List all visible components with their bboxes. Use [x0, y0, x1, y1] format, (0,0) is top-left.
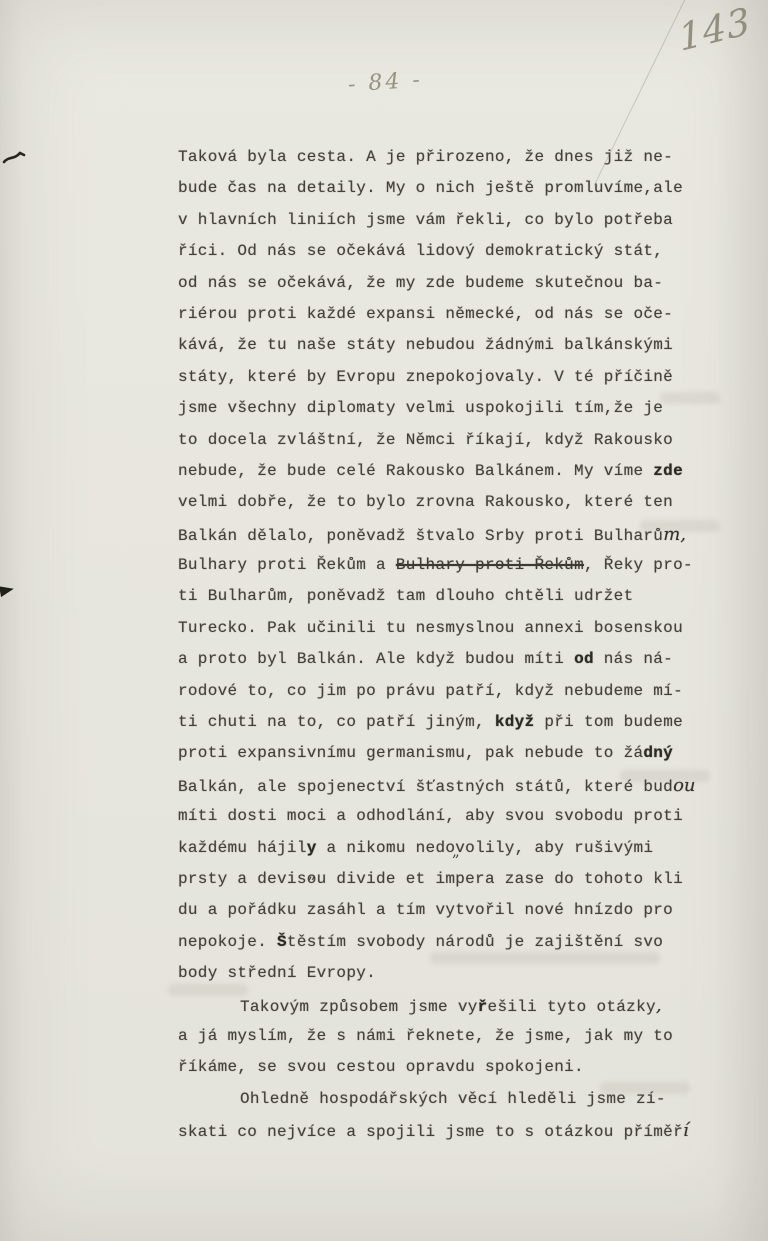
overtyped-text: zde — [653, 462, 683, 480]
text-segment: od nás se očekává, že my zde budeme skut… — [178, 274, 663, 292]
handwritten-correction: ou — [673, 775, 695, 796]
text-segment: těstím svobody národů je zajištění svo — [287, 933, 663, 951]
text-line: proti expansivnímu germanismu, pak nebud… — [178, 738, 690, 769]
text-segment: a já myslím, že s námi řeknete, že jsme,… — [178, 1027, 673, 1045]
text-segment: ti chuti na to, co patří jiným, — [178, 713, 495, 731]
text-line: bude čas na detaily. My o nich ještě pro… — [178, 173, 690, 204]
text-line: Taková byla cesta. A je přirozeno, že dn… — [178, 142, 690, 173]
text-line: Takovým způsobem jsme vyřešili tyto otáz… — [178, 990, 690, 1021]
text-segment: ešili tyto otázky — [488, 998, 656, 1016]
text-segment: velmi dobře, že to bylo zrovna Rakousko,… — [178, 493, 673, 511]
text-segment: Taková byla cesta. A je přirozeno, že dn… — [178, 148, 673, 166]
text-segment: nás ná- — [594, 650, 673, 668]
text-line: jsme všechny diplomaty velmi uspokojili … — [178, 393, 690, 424]
text-line: Balkán, ale spojenectví šťastných států,… — [178, 770, 690, 801]
text-segment: Turecko. Pak učinili tu nesmyslnou annex… — [178, 619, 683, 637]
text-line: ti Bulharům, poněvadž tam dlouho chtěli … — [178, 581, 690, 612]
overtyped-text: y — [307, 839, 317, 857]
text-segment: riérou proti každé expansi německé, od n… — [178, 305, 673, 323]
text-line: du a pořádku zasáhl a tím vytvořil nové … — [178, 895, 690, 926]
ink-squiggle-mark — [2, 148, 28, 166]
typed-text-block: Taková byla cesta. A je přirozeno, že dn… — [178, 142, 690, 1147]
text-segment: Takovým způsobem jsme vy — [240, 998, 478, 1016]
text-segment: nepokoje. — [178, 933, 277, 951]
text-line: Balkán dělalo, poněvadž štvalo Srby prot… — [178, 519, 690, 550]
text-segment: státy, které by Evropu znepokojovaly. V … — [178, 368, 673, 386]
text-line: to docela zvláštní, že Němci říkají, kdy… — [178, 425, 690, 456]
text-line: prsty a devisou divide et impera zase do… — [178, 864, 690, 895]
text-segment: a nikomu nedovolily, aby rušivými — [317, 839, 654, 857]
overtyped-text: ř — [478, 998, 488, 1016]
text-line: každému hájily a nikomu nedovolily, aby … — [178, 833, 690, 864]
text-segment: při tom budeme — [534, 713, 683, 731]
text-line: ti chuti na to, co patří jiným, když při… — [178, 707, 690, 738]
handwritten-correction: í — [683, 1120, 689, 1141]
text-line: nebude, že bude celé Rakousko Balkánem. … — [178, 456, 690, 487]
text-segment: ti Bulharům, poněvadž tam dlouho chtěli … — [178, 587, 633, 605]
text-line: Ohledně hospodářských věcí hleděli jsme … — [178, 1084, 690, 1115]
text-segment: jsme všechny diplomaty velmi uspokojili … — [178, 399, 663, 417]
text-segment: Balkán dělalo, poněvadž štvalo Srby prot… — [178, 527, 663, 545]
text-line: kává, že tu naše státy nebudou žádnými b… — [178, 330, 690, 361]
text-line: riérou proti každé expansi německé, od n… — [178, 299, 690, 330]
text-segment: skati co nejvíce a spojili jsme to s otá… — [178, 1123, 683, 1141]
text-line: a proto byl Balkán. Ale když budou míti … — [178, 644, 690, 675]
text-line: skati co nejvíce a spojili jsme to s otá… — [178, 1115, 690, 1146]
overtyped-text: když — [495, 713, 535, 731]
text-segment: , Řeky pro- — [584, 556, 693, 574]
text-line: v hlavních liniích jsme vám řekli, co by… — [178, 205, 690, 236]
text-segment: kává, že tu naše státy nebudou žádnými b… — [178, 336, 673, 354]
text-segment: v hlavních liniích jsme vám řekli, co by… — [178, 211, 673, 229]
text-line: Turecko. Pak učinili tu nesmyslnou annex… — [178, 613, 690, 644]
text-segment: každému hájil — [178, 839, 307, 857]
handwritten-correction: m, — [663, 524, 686, 545]
text-line: nepokoje. Štěstím svobody národů je zaji… — [178, 927, 690, 958]
text-segment: Bulhary proti Řekům a — [178, 556, 396, 574]
text-line: a já myslím, že s námi řeknete, že jsme,… — [178, 1021, 690, 1052]
text-segment: du a pořádku zasáhl a tím vytvořil nové … — [178, 901, 673, 919]
text-segment: body střední Evropy. — [178, 964, 376, 982]
text-segment: bude čas na detaily. My o nich ještě pro… — [178, 179, 683, 197]
text-segment: míti dosti moci a odhodlání, aby svou sv… — [178, 807, 683, 825]
text-segment: to docela zvláštní, že Němci říkají, kdy… — [178, 431, 673, 449]
struck-through-text: Bulhary proti Řekům — [396, 556, 584, 574]
text-segment: říkáme, se svou cestou opravdu spokojeni… — [178, 1058, 584, 1076]
handwritten-page-number: - 84 - — [347, 67, 423, 97]
handwritten-correction: , — [656, 995, 662, 1016]
ink-arrowhead-blot — [0, 584, 15, 597]
text-segment: říci. Od nás se očekává lidový demokrati… — [178, 242, 663, 260]
text-segment: nebude, že bude celé Rakousko Balkánem. … — [178, 462, 653, 480]
text-segment: proti expansivnímu germanismu, pak nebud… — [178, 744, 643, 762]
text-segment: rodové to, co jim po právu patří, když n… — [178, 682, 683, 700]
text-segment: a proto byl Balkán. Ale když budou míti — [178, 650, 574, 668]
text-line: rodové to, co jim po právu patří, když n… — [178, 676, 690, 707]
text-segment: prsty a devisou divide et impera zase do… — [178, 870, 683, 888]
overtyped-text: dný — [643, 744, 673, 762]
text-line: říci. Od nás se očekává lidový demokrati… — [178, 236, 690, 267]
overtyped-text: Š — [277, 933, 287, 951]
text-line: od nás se očekává, že my zde budeme skut… — [178, 268, 690, 299]
text-segment: Balkán, ale spojenectví šťastných států,… — [178, 778, 673, 796]
text-line: říkáme, se svou cestou opravdu spokojeni… — [178, 1052, 690, 1083]
text-line: body střední Evropy. — [178, 958, 690, 989]
scanned-typescript-page: 143 - 84 - „ „ Taková byla cesta. A je p… — [0, 0, 768, 1241]
text-line: velmi dobře, že to bylo zrovna Rakousko,… — [178, 487, 690, 518]
text-line: míti dosti moci a odhodlání, aby svou sv… — [178, 801, 690, 832]
text-segment: Ohledně hospodářských věcí hleděli jsme … — [240, 1090, 666, 1108]
text-line: státy, které by Evropu znepokojovaly. V … — [178, 362, 690, 393]
handwritten-folio-number: 143 — [676, 0, 753, 60]
overtyped-text: od — [574, 650, 594, 668]
text-line: Bulhary proti Řekům a Bulhary proti Řeků… — [178, 550, 690, 581]
